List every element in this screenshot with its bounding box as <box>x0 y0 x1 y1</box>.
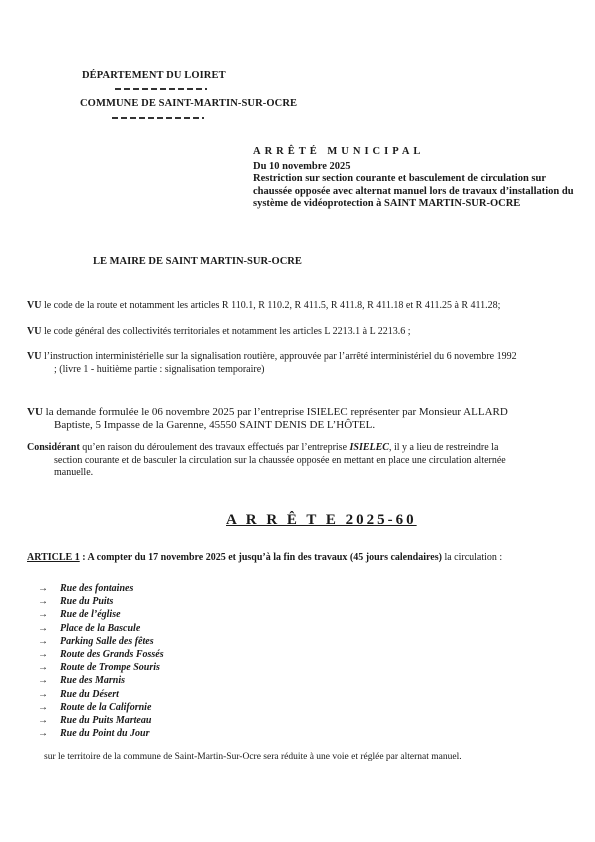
street-list: →Rue des fontaines→Rue du Puits→Rue de l… <box>38 582 164 740</box>
consideration-continuation: Baptiste, 5 Impasse de la Garenne, 45550… <box>27 419 572 432</box>
arrow-right-icon: → <box>38 622 60 635</box>
company-name: ISIELEC <box>350 442 389 453</box>
street-name: Rue du Point du Jour <box>60 728 149 739</box>
street-item: →Rue du Point du Jour <box>38 727 164 740</box>
arrow-right-icon: → <box>38 701 60 714</box>
article-1-conclusion: sur le territoire de la commune de Saint… <box>44 752 462 762</box>
decree-number-title: A R R Ê T E 2025-60 <box>226 512 417 529</box>
consideration-text: qu’en raison du déroulement des travaux … <box>80 442 350 453</box>
street-name: Rue du Puits Marteau <box>60 715 151 726</box>
consideration-5: Considérant qu’en raison du déroulement … <box>27 442 572 480</box>
consideration-lead: VU <box>27 351 41 362</box>
article-1-period: : A compter du 17 novembre 2025 et jusqu… <box>80 552 442 563</box>
arrow-right-icon: → <box>38 661 60 674</box>
street-name: Rue des fontaines <box>60 583 133 594</box>
street-item: →Route des Grands Fossés <box>38 648 164 661</box>
consideration-lead: Considérant <box>27 442 80 453</box>
decree-subject: Restriction sur section courante et basc… <box>253 173 583 211</box>
street-item: →Place de la Bascule <box>38 622 164 635</box>
street-name: Place de la Bascule <box>60 623 140 634</box>
street-item: →Route de la Californie <box>38 701 164 714</box>
street-name: Rue des Marnis <box>60 675 125 686</box>
consideration-text: le code général des collectivités territ… <box>41 326 410 337</box>
consideration-3: VU l’instruction interministérielle sur … <box>27 351 572 376</box>
consideration-4: VU la demande formulée le 06 novembre 20… <box>27 406 572 431</box>
consideration-continuation-2: manuelle. <box>27 467 572 480</box>
decree-header-title: ARRÊTÉ MUNICIPAL <box>253 146 424 157</box>
street-name: Parking Salle des fêtes <box>60 636 154 647</box>
article-1-label: ARTICLE 1 <box>27 552 80 563</box>
commune-underline <box>112 117 204 119</box>
consideration-text: le code de la route et notamment les art… <box>41 300 500 311</box>
street-item: →Rue des fontaines <box>38 582 164 595</box>
consideration-lead: VU <box>27 406 43 418</box>
street-name: Route des Grands Fossés <box>60 649 164 660</box>
street-item: →Rue du Désert <box>38 688 164 701</box>
consideration-text: la demande formulée le 06 novembre 2025 … <box>43 406 508 418</box>
arrow-right-icon: → <box>38 635 60 648</box>
street-item: →Rue des Marnis <box>38 674 164 687</box>
consideration-continuation: section courante et de basculer la circu… <box>27 455 572 468</box>
consideration-continuation: ; (livre 1 - huitième partie : signalisa… <box>27 364 572 377</box>
street-name: Rue de l’église <box>60 609 121 620</box>
consideration-1: VU le code de la route et notamment les … <box>27 300 572 313</box>
arrow-right-icon: → <box>38 595 60 608</box>
street-name: Route de Trompe Souris <box>60 662 160 673</box>
mayor-line: LE MAIRE DE SAINT MARTIN-SUR-OCRE <box>93 256 302 267</box>
street-name: Route de la Californie <box>60 702 151 713</box>
consideration-text-2: , il y a lieu de restreindre la <box>389 442 498 453</box>
article-1-subject: la circulation : <box>442 552 502 563</box>
street-item: →Rue du Puits Marteau <box>38 714 164 727</box>
article-1-intro: ARTICLE 1 : A compter du 17 novembre 202… <box>27 552 502 563</box>
street-name: Rue du Désert <box>60 689 119 700</box>
arrow-right-icon: → <box>38 582 60 595</box>
decree-date: Du 10 novembre 2025 <box>253 161 583 174</box>
arrow-right-icon: → <box>38 674 60 687</box>
consideration-2: VU le code général des collectivités ter… <box>27 326 572 339</box>
street-item: →Parking Salle des fêtes <box>38 635 164 648</box>
consideration-text: l’instruction interministérielle sur la … <box>41 351 516 362</box>
arrow-right-icon: → <box>38 648 60 661</box>
commune-name: COMMUNE DE SAINT-MARTIN-SUR-OCRE <box>80 98 297 109</box>
arrow-right-icon: → <box>38 608 60 621</box>
department-name: DÉPARTEMENT DU LOIRET <box>82 70 226 81</box>
consideration-lead: VU <box>27 300 41 311</box>
consideration-lead: VU <box>27 326 41 337</box>
street-item: →Route de Trompe Souris <box>38 661 164 674</box>
street-item: →Rue du Puits <box>38 595 164 608</box>
street-item: →Rue de l’église <box>38 608 164 621</box>
department-underline <box>115 88 207 90</box>
arrow-right-icon: → <box>38 727 60 740</box>
arrow-right-icon: → <box>38 688 60 701</box>
arrow-right-icon: → <box>38 714 60 727</box>
street-name: Rue du Puits <box>60 596 113 607</box>
